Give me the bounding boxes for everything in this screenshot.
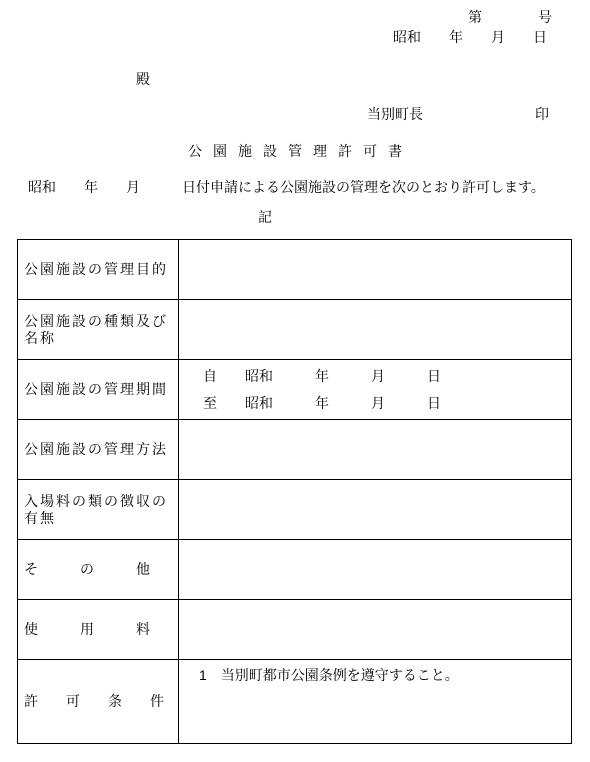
row-label-admission-fee-collection: 入場料の類の徴収の有無 xyxy=(24,493,170,527)
row-label-facility-type-name: 公園施設の種類及び名称 xyxy=(24,313,170,347)
table-row-facility-type-name: 公園施設の種類及び名称 xyxy=(18,300,571,360)
row-label-cell: そ の 他 xyxy=(18,540,179,599)
condition-item-1: 1 当別町都市公園条例を遵守すること。 xyxy=(199,667,571,684)
row-value-usage-fee xyxy=(179,600,571,659)
issue-date-line: 昭和 年 月 日 xyxy=(393,29,547,46)
row-value-management-method xyxy=(179,420,571,479)
row-label-management-method: 公園施設の管理方法 xyxy=(24,441,170,458)
row-label-usage-fee: 使 用 料 xyxy=(24,621,170,638)
ki-record-marker: 記 xyxy=(258,209,272,226)
row-label-cell: 許 可 条 件 xyxy=(18,660,179,743)
row-value-other xyxy=(179,540,571,599)
row-label-cell: 入場料の類の徴収の有無 xyxy=(18,480,179,539)
row-label-management-period: 公園施設の管理期間 xyxy=(24,381,170,398)
row-label-management-purpose: 公園施設の管理目的 xyxy=(24,261,170,278)
table-row-permit-conditions: 許 可 条 件 1 当別町都市公園条例を遵守すること。 xyxy=(18,660,571,743)
row-label-other: そ の 他 xyxy=(24,561,170,578)
row-label-cell: 公園施設の種類及び名称 xyxy=(18,300,179,359)
table-row-management-purpose: 公園施設の管理目的 xyxy=(18,240,571,300)
row-value-permit-conditions: 1 当別町都市公園条例を遵守すること。 xyxy=(179,660,571,743)
permit-details-table: 公園施設の管理目的 公園施設の種類及び名称 公園施設の管理期間 自 昭和 年 月… xyxy=(17,239,572,744)
period-from-line: 自 昭和 年 月 日 xyxy=(203,363,571,390)
addressee-dono-label: 殿 xyxy=(136,71,150,88)
document-number-line: 第 号 xyxy=(468,9,552,26)
table-row-usage-fee: 使 用 料 xyxy=(18,600,571,660)
document-title: 公園施設管理許可書 xyxy=(0,143,590,160)
row-label-permit-conditions: 許 可 条 件 xyxy=(24,693,170,710)
row-value-facility-type-name xyxy=(179,300,571,359)
row-value-management-period: 自 昭和 年 月 日 至 昭和 年 月 日 xyxy=(179,360,571,419)
row-label-cell: 公園施設の管理期間 xyxy=(18,360,179,419)
row-value-admission-fee-collection xyxy=(179,480,571,539)
row-value-management-purpose xyxy=(179,240,571,299)
table-row-management-method: 公園施設の管理方法 xyxy=(18,420,571,480)
table-row-admission-fee-collection: 入場料の類の徴収の有無 xyxy=(18,480,571,540)
row-label-cell: 公園施設の管理目的 xyxy=(18,240,179,299)
issuer-mayor-seal-line: 当別町長 印 xyxy=(367,106,549,123)
permission-statement-line: 昭和 年 月 日付申請による公園施設の管理を次のとおり許可します。 xyxy=(28,179,545,196)
row-label-cell: 使 用 料 xyxy=(18,600,179,659)
table-row-management-period: 公園施設の管理期間 自 昭和 年 月 日 至 昭和 年 月 日 xyxy=(18,360,571,420)
row-label-cell: 公園施設の管理方法 xyxy=(18,420,179,479)
permit-document-page: 第 号 昭和 年 月 日 殿 当別町長 印 公園施設管理許可書 昭和 年 月 日… xyxy=(0,0,590,762)
period-to-line: 至 昭和 年 月 日 xyxy=(203,390,571,417)
table-row-other: そ の 他 xyxy=(18,540,571,600)
